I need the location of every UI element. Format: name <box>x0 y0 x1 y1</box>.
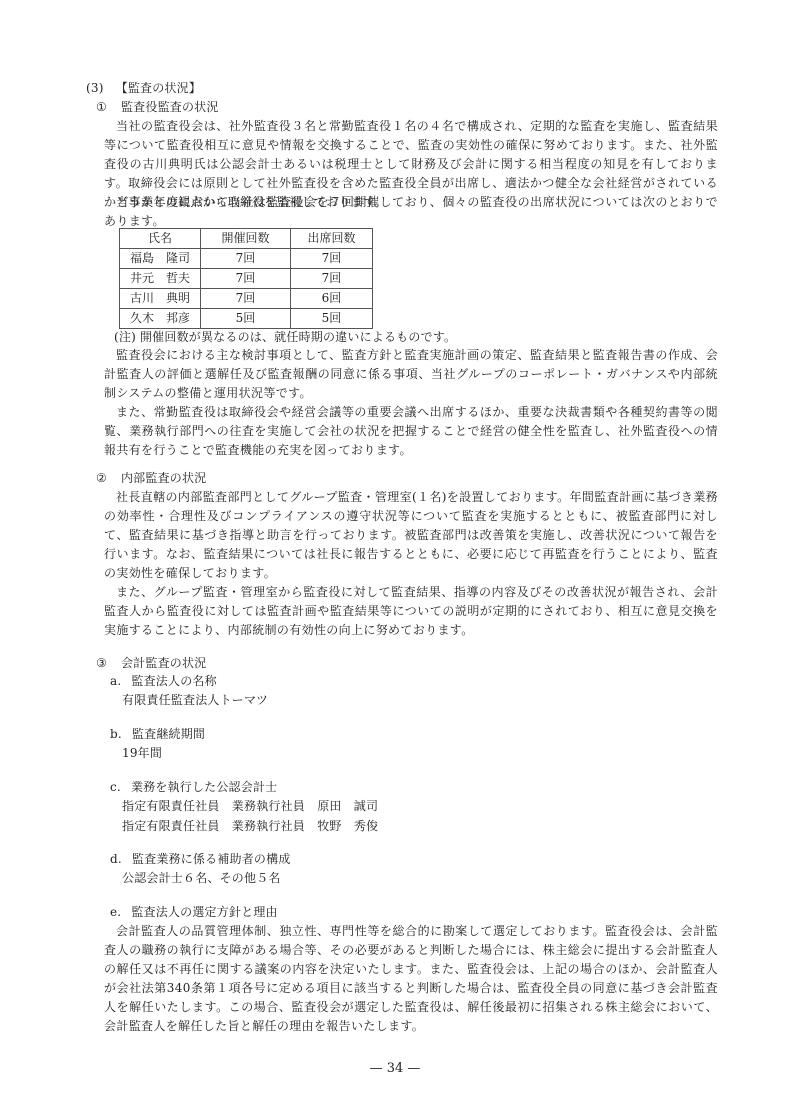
subsection-2-marker: ② <box>96 471 107 485</box>
item-a-label: a. <box>110 674 121 688</box>
table-cell-held: 7回 <box>201 249 291 269</box>
internal-audit-paragraph-2: また、グループ監査・管理室から監査役に対して監査結果、指導の内容及びその改善状況… <box>104 583 718 640</box>
audit-board-paragraph-4: また、常勤監査役は取締役会や経営会議等の重要会議へ出席するほか、重要な決裁書類や… <box>104 403 718 460</box>
table-cell-held: 7回 <box>201 269 291 289</box>
subsection-3-heading: ③ 会計監査の状況 <box>96 655 206 671</box>
internal-audit-paragraph-1: 社長直轄の内部監査部門としてグループ監査・管理室(１名)を設置しております。年間… <box>104 488 718 583</box>
table-cell-held: 5回 <box>201 309 291 329</box>
item-d-title: 監査業務に係る補助者の構成 <box>132 852 291 866</box>
table-cell-held: 7回 <box>201 289 291 309</box>
table-cell-name: 福島 隆司 <box>120 249 201 269</box>
attendance-table: 氏名 開催回数 出席回数 福島 隆司 7回 7回 井元 哲夫 7回 7回 古川 … <box>119 228 373 329</box>
page-number: — 34 — <box>0 1061 790 1076</box>
section-title: 【監査の状況】 <box>116 81 201 95</box>
section-number: (3) <box>86 81 104 95</box>
assistant-composition: 公認会計士６名、その他５名 <box>122 870 281 886</box>
table-header-row: 氏名 開催回数 出席回数 <box>120 229 373 249</box>
subsection-3-marker: ③ <box>96 656 107 670</box>
table-cell-name: 久木 邦彦 <box>120 309 201 329</box>
item-c-label: c. <box>110 780 121 794</box>
table-row: 井元 哲夫 7回 7回 <box>120 269 373 289</box>
subsection-1-title: 監査役監査の状況 <box>121 100 219 114</box>
audit-firm-name: 有限責任監査法人トーマツ <box>122 692 268 708</box>
cpa-line: 指定有限責任社員 業務執行社員 牧野 秀俊 <box>122 818 378 834</box>
table-cell-attended: 5回 <box>291 309 373 329</box>
item-a-heading: a. 監査法人の名称 <box>110 673 217 689</box>
table-note: (注) 開催回数が異なるのは、就任時期の違いによるものです。 <box>114 329 456 345</box>
item-b-title: 監査継続期間 <box>132 727 205 741</box>
item-c-heading: c. 業務を執行した公認会計士 <box>110 779 277 795</box>
item-b-heading: b. 監査継続期間 <box>110 726 205 742</box>
item-d-heading: d. 監査業務に係る補助者の構成 <box>110 851 291 867</box>
table-header-cell: 開催回数 <box>201 229 291 249</box>
table-cell-attended: 7回 <box>291 249 373 269</box>
section-heading: (3) 【監査の状況】 <box>86 80 201 96</box>
item-b-label: b. <box>110 727 122 741</box>
table-cell-attended: 6回 <box>291 289 373 309</box>
subsection-3-title: 会計監査の状況 <box>121 656 206 670</box>
item-e-heading: e. 監査法人の選定方針と理由 <box>110 904 278 920</box>
cpa-line: 指定有限責任社員 業務執行社員 原田 誠司 <box>122 798 378 814</box>
document-page: (3) 【監査の状況】 ① 監査役監査の状況 当社の監査役会は、社外監査役３名と… <box>0 0 790 1117</box>
subsection-2-title: 内部監査の状況 <box>121 471 206 485</box>
item-a-title: 監査法人の名称 <box>131 674 216 688</box>
table-row: 久木 邦彦 5回 5回 <box>120 309 373 329</box>
subsection-1-heading: ① 監査役監査の状況 <box>96 99 219 115</box>
subsection-2-heading: ② 内部監査の状況 <box>96 470 206 486</box>
table-cell-name: 井元 哲夫 <box>120 269 201 289</box>
selection-policy-paragraph: 会計監査人の品質管理体制、独立性、専門性等を総合的に勘案して選定しております。監… <box>104 922 718 1036</box>
table-row: 古川 典明 7回 6回 <box>120 289 373 309</box>
table-header-cell: 氏名 <box>120 229 201 249</box>
audit-board-paragraph-3: 監査役会における主な検討事項として、監査方針と監査実施計画の策定、監査結果と監査… <box>104 346 718 403</box>
item-e-label: e. <box>110 905 121 919</box>
audit-period: 19年間 <box>122 745 162 761</box>
item-d-label: d. <box>110 852 122 866</box>
item-c-title: 業務を執行した公認会計士 <box>131 780 277 794</box>
item-e-title: 監査法人の選定方針と理由 <box>131 905 277 919</box>
subsection-1-marker: ① <box>96 100 107 114</box>
audit-board-paragraph-2: 当事業年度において当社は監査役会を７回開催しており、個々の監査役の出席状況につい… <box>104 193 718 231</box>
table-header-cell: 出席回数 <box>291 229 373 249</box>
table-cell-name: 古川 典明 <box>120 289 201 309</box>
table-cell-attended: 7回 <box>291 269 373 289</box>
table-row: 福島 隆司 7回 7回 <box>120 249 373 269</box>
